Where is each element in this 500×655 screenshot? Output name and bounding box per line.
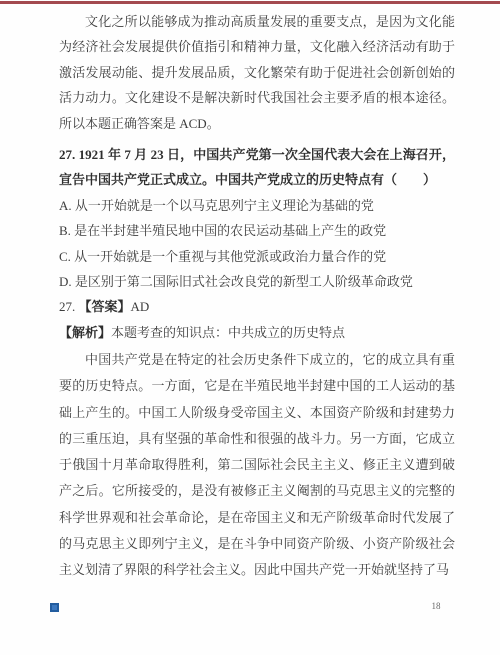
answer-line: 27. 【答案】AD <box>59 294 455 319</box>
analysis-heading: 本题考查的知识点：中共成立的历史特点 <box>111 325 345 340</box>
question-27-stem: 27. 1921 年 7 月 23 日，中国共产党第一次全国代表大会在上海召开，… <box>59 142 455 193</box>
question-27-option-d: D. 是区别于第二国际旧式社会改良党的新型工人阶级革命政党 <box>59 269 455 294</box>
question-27-option-a: A. 从一开始就是一个以马克思列宁主义理论为基础的党 <box>59 193 455 218</box>
analysis-body-paragraph: 中国共产党是在特定的社会历史条件下成立的，它的成立具有重要的历史特点。一方面，它… <box>59 347 455 583</box>
page-number: 18 <box>426 601 446 611</box>
answer-label: 【答案】 <box>79 299 131 314</box>
analysis-heading-line: 【解析】本题考查的知识点：中共成立的历史特点 <box>59 320 455 345</box>
page-top-border <box>0 1 500 4</box>
previous-answer-explanation-paragraph: 文化之所以能够成为推动高质量发展的重要支点，是因为文化能为经济社会发展提供价值指… <box>59 9 455 136</box>
question-27-option-b: B. 是在半封建半殖民地中国的农民运动基础上产生的政党 <box>59 218 455 243</box>
analysis-label: 【解析】 <box>59 325 111 340</box>
footer-marker-icon <box>50 603 59 612</box>
question-27-option-c: C. 从一开始就是一个重视与其他党派或政治力量合作的党 <box>59 244 455 269</box>
answer-value: AD <box>131 299 150 314</box>
answer-question-number: 27. <box>59 299 79 314</box>
page-content: 文化之所以能够成为推动高质量发展的重要支点，是因为文化能为经济社会发展提供价值指… <box>59 9 455 583</box>
document-page: 文化之所以能够成为推动高质量发展的重要支点，是因为文化能为经济社会发展提供价值指… <box>0 0 500 655</box>
